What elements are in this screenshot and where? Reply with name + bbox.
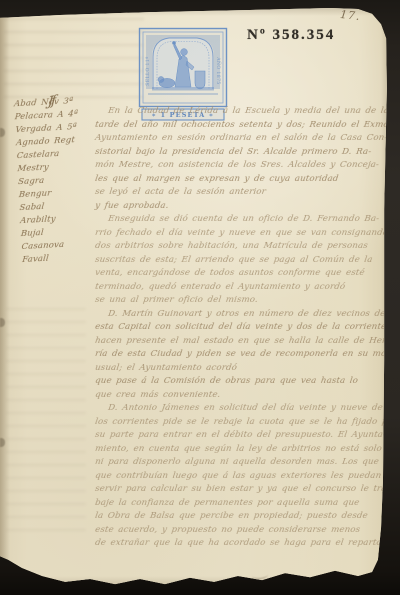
handwritten-line: món Mestre, con asistencia de los Sres. … [94, 159, 390, 173]
handwritten-line: que contribuían luego que á las aguas ex… [94, 470, 390, 484]
stamp-arc-left-text: SELLO 11º [145, 56, 151, 85]
folio-number: 17. [339, 8, 361, 23]
handwritten-line: y fue aprobada. [94, 200, 390, 214]
body-paragraph: D. Martín Guinovart y otros en número de… [95, 308, 389, 403]
handwritten-line: miento, en cuenta que según la ley de ar… [94, 443, 390, 457]
body-paragraph: En la Ciudad de Lérida á la Escuela y me… [95, 105, 389, 213]
handwritten-line: Ayuntamiento en sesión ordinaria en el s… [94, 132, 390, 146]
ink-smudge-mark [252, 570, 269, 580]
manuscript-body: En la Ciudad de Lérida á la Escuela y me… [95, 105, 389, 551]
manuscript-page: 17. Nº 358.354 SELLO 11º AÑO 1875 [0, 8, 390, 590]
handwritten-line: sistorial bajo la presidencia del Sr. Al… [94, 146, 390, 160]
handwritten-line: rrio fechado el día veinte y nueve en qu… [94, 227, 390, 241]
shield-figure [195, 71, 205, 89]
handwritten-line: suscritas de esta; El arriendo que se pa… [94, 254, 390, 268]
handwritten-line: terminado, quedó enterado el Ayuntamient… [94, 281, 390, 295]
handwritten-line: tarde del año mil ochocientos setenta y … [94, 119, 390, 133]
handwritten-line: D. Antonio Jámenes en solicitud del día … [94, 402, 390, 416]
document-photo: 17. Nº 358.354 SELLO 11º AÑO 1875 [0, 0, 400, 595]
reverse-showthrough [6, 308, 86, 538]
handwritten-line: servir para calcular su bien estar y ya … [94, 483, 390, 497]
reverse-showthrough [4, 18, 144, 106]
handwritten-line: este acuerdo, y propuesto no puede consi… [94, 524, 390, 538]
handwritten-line: Enseguida se dió cuenta de un oficio de … [94, 213, 390, 227]
handwritten-line: usual; el Ayuntamiento acordó [94, 362, 390, 376]
handwritten-line: les que al margen se expresan y de cuya … [94, 173, 390, 187]
handwritten-line: la Obra de Balsa que percibe en propieda… [94, 510, 390, 524]
handwritten-line: ría de esta Ciudad y piden se vea de rec… [94, 348, 390, 362]
handwritten-line: se leyó el acta de la sesión anterior [94, 186, 390, 200]
handwritten-line: esta Capital con solicitud del día veint… [94, 321, 390, 335]
handwritten-line: venta, encargándose de todos asuntos con… [94, 267, 390, 281]
handwritten-line: En la Ciudad de Lérida á la Escuela y me… [94, 105, 390, 119]
body-paragraph: Enseguida se dió cuenta de un oficio de … [95, 213, 389, 308]
handwritten-line: que crea más conveniente. [94, 389, 390, 403]
body-paragraph: D. Antonio Jámenes en solicitud del día … [95, 402, 389, 551]
binding-stitch [0, 318, 5, 327]
handwritten-line: baje la confianza de permanentes por aqu… [94, 497, 390, 511]
handwritten-line: ni para disponerlo alguna ni aquella des… [94, 456, 390, 470]
handwritten-line: hacen presente el mal estado en que se h… [94, 335, 390, 349]
serial-number-stamp: Nº 358.354 [247, 27, 359, 44]
binding-stitch [0, 438, 5, 447]
handwritten-line: de extrañar que la que ha acordado se ha… [94, 537, 390, 551]
handwritten-line: D. Martín Guinovart y otros en número de… [94, 308, 390, 322]
handwritten-line: su parte para entrar en el débito del pr… [94, 429, 390, 443]
handwritten-line: dos arbitrios sobre habitación, una Matr… [94, 240, 390, 254]
handwritten-line: los corrientes pide se le rebaje la cuot… [94, 416, 390, 430]
handwritten-line: que pase á la Comisión de obras para que… [94, 375, 390, 389]
binding-stitch [0, 128, 5, 137]
handwritten-line: se una al primer oficio del mismo. [94, 294, 390, 308]
